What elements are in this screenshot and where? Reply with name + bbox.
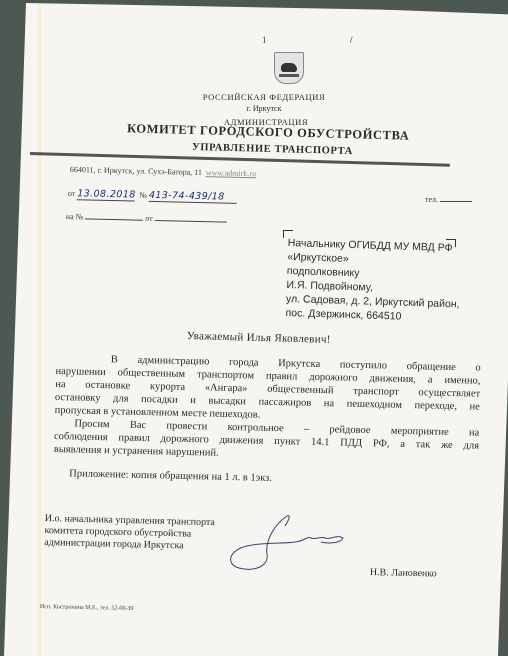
phone-blank — [440, 193, 472, 202]
number-label: № — [139, 191, 147, 200]
reply-row: на № от — [66, 210, 227, 225]
page-mark-1: 1 — [262, 35, 267, 45]
recipient-block: Начальнику ОГИБДД МУ МВД РФ «Иркутское» … — [285, 236, 461, 325]
reply-to-label: на № — [66, 212, 84, 221]
number-value: 413-74-439/18 — [149, 190, 237, 204]
reply-from-blank — [155, 212, 227, 223]
date-value: 13.08.2018 — [77, 188, 135, 201]
contact-address: 664011, г. Иркутск, ул. Сухэ-Батора, 11 — [70, 165, 202, 177]
executor-note: Исп. Костронина М.Е., тел. 52-00-39 — [40, 604, 134, 612]
handwritten-signature-icon — [225, 510, 355, 580]
date-label: от — [68, 189, 76, 198]
scanned-letter-page: 1 / РОССИЙСКАЯ ФЕДЕРАЦИЯ г. Иркутск АДМИ… — [0, 0, 508, 656]
signatory-position: И.о. начальника управления транспорта ко… — [44, 513, 215, 553]
registration-row: от 13.08.2018 № 413-74-439/18 — [68, 188, 237, 204]
website-link[interactable]: www.admirk.ru — [206, 168, 256, 178]
attachment-note: Приложение: копия обращения на 1 л. в 1э… — [53, 467, 478, 490]
letter-body: В администрацию города Иркутска поступил… — [53, 352, 481, 490]
phone-row: тел. — [425, 193, 472, 204]
coat-of-arms-icon — [274, 52, 304, 84]
crest-base — [279, 74, 299, 77]
signatory-name: Н.В. Лановенко — [370, 567, 437, 580]
header-department: УПРАВЛЕНИЕ ТРАНСПОРТА — [191, 142, 352, 157]
reply-from-label: от — [145, 214, 153, 223]
greeting: Уважаемый Илья Яковлевич! — [187, 330, 331, 346]
contact-line: 664011, г. Иркутск, ул. Сухэ-Батора, 11 … — [70, 165, 256, 178]
page-mark-2: / — [350, 35, 353, 45]
babr-emblem-icon — [281, 63, 297, 72]
phone-label: тел. — [425, 195, 438, 204]
reply-to-blank — [85, 210, 143, 220]
